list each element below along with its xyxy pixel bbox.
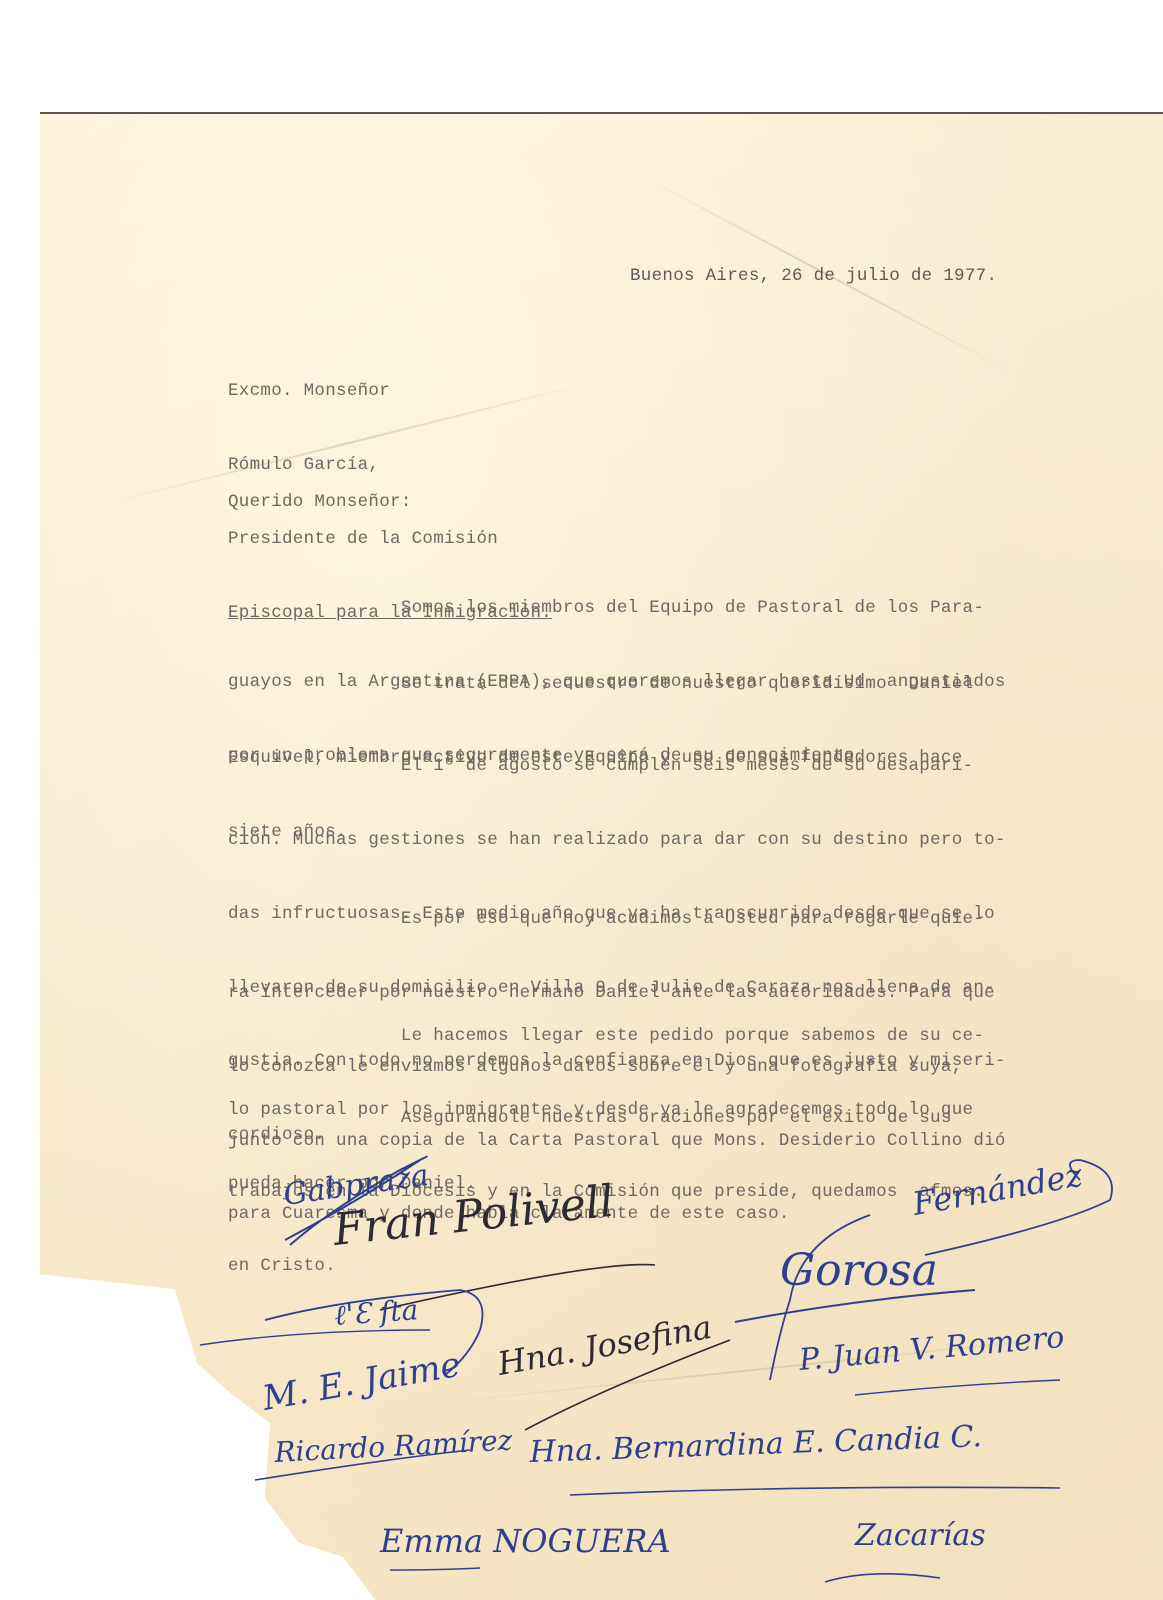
recipient-line: Rómulo García, — [228, 453, 552, 478]
paper-crease — [420, 1331, 1116, 1406]
text-line: trabajos en la Diócesis y en la Comisión… — [228, 1180, 984, 1205]
body-paragraph: Asegurándole nuestras oraciones por el é… — [228, 1057, 984, 1303]
text-line: Es por eso que hoy acudimos a Usted para… — [228, 907, 1006, 932]
salutation: Querido Monseñor: — [228, 490, 412, 515]
text-line: El 1º de agosto se cumplen seis meses de… — [228, 754, 1006, 779]
text-line: ción. Muchas gestiones se han realizado … — [228, 828, 1006, 853]
text-line: Le hacemos llegar este pedido porque sab… — [228, 1024, 984, 1049]
date-line: Buenos Aires, 26 de julio de 1977. — [630, 264, 997, 289]
text-line: Se trata del secuestro de nuestro querid… — [228, 672, 973, 697]
text-line: Somos los miembros del Equipo de Pastora… — [228, 596, 1006, 621]
text-line: en Cristo. — [228, 1254, 984, 1279]
text-line: Asegurándole nuestras oraciones por el é… — [228, 1106, 984, 1131]
recipient-line: Excmo. Monseñor — [228, 379, 552, 404]
